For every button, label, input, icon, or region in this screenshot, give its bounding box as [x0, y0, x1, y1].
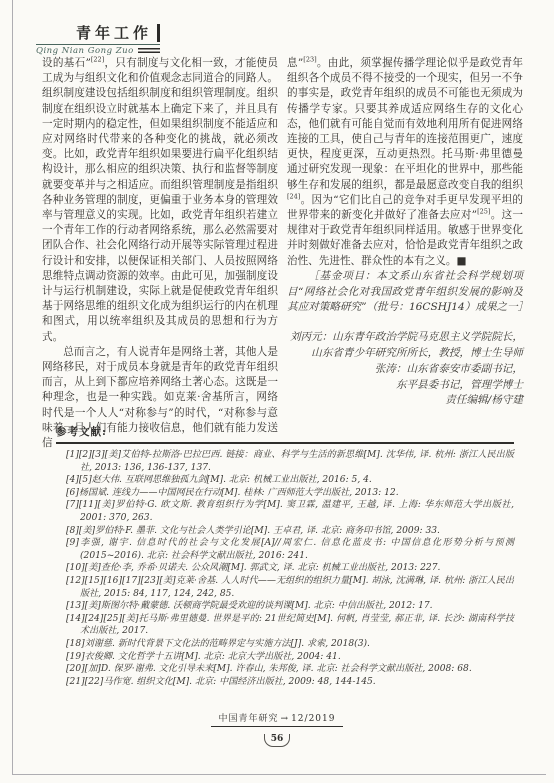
reference-item: [20][加]D. 保罗·谢弗. 文化引导未来[M]. 许春山, 朱邦俊, 译.… [56, 663, 514, 676]
issue-number: 12/2019 [291, 714, 335, 724]
scan-edge-left [12, 0, 13, 775]
journal-footer-line: 中国青年研究→12/2019 [211, 711, 344, 727]
reference-item: [4][5]赵大伟. 互联网思维独孤九剑[M]. 北京: 机械工业出版社, 20… [56, 474, 514, 487]
page-number: 56 [264, 734, 291, 747]
reference-item: [19]衣俊卿. 文化哲学十五讲[M]. 北京: 北京大学出版社, 2004: … [56, 651, 514, 664]
reference-item: [14][24][25][美]托马斯·弗里德曼. 世界是平的: 21世纪简史[M… [56, 613, 514, 638]
citation-mark-22: [22] [91, 55, 104, 63]
section-masthead: 青年工作 Qing Nian Gong Zuo [36, 24, 160, 56]
citation-mark-24: [24] [287, 192, 300, 200]
author-line: 东平县委书记，管理学博士 [287, 378, 523, 394]
reference-item: [1][2][3][美]艾伯特-拉斯洛·巴拉巴西. 链接：商业、科学与生活的新思… [56, 449, 514, 474]
reference-item: [18]刘谢慈. 新时代背景下文化法的范畴界定与实施方法[J]. 求索, 201… [56, 638, 514, 651]
references-section: 参考文献: [1][2][3][美]艾伯特-拉斯洛·巴拉巴西. 链接：商业、科学… [56, 424, 514, 688]
editor-line: 责任编辑/杨守建 [287, 393, 523, 409]
journal-name: 中国青年研究 [219, 714, 279, 724]
reference-item: [7][11][美]罗伯特·G. 欧文斯. 教育组织行为学[M]. 窦卫霖, 温… [56, 499, 514, 524]
author-line: 山东省青少年研究所所长，教授，博士生导师 [287, 346, 523, 362]
body-paragraph: 息”[23]。由此，须掌握传播学理论似乎是政党青年组织各个成员不得不接受的一个现… [287, 56, 523, 269]
reference-item: [12][15][16][17][23][美]克莱·舍基. 人人时代——无组织的… [56, 575, 514, 600]
arrow-icon: → [279, 714, 292, 724]
citation-mark-23: [23] [303, 55, 316, 63]
section-title: 青年工作 [36, 24, 160, 42]
reference-item: [6]杨国斌. 连线力——中国网民在行动[M]. 桂林: 广西师范大学出版社, … [56, 487, 514, 500]
references-list: [1][2][3][美]艾伯特-拉斯洛·巴拉巴西. 链接：商业、科学与生活的新思… [56, 449, 514, 688]
scan-edge-bottom [12, 774, 546, 775]
section-pinyin: Qing Nian Gong Zuo [36, 46, 134, 56]
body-text: ，只有制度与文化相一致，才能使员工成为与组织文化和价值观念志同道合的同路人。组织… [42, 57, 278, 343]
funding-note: ［基金项目：本文系山东省社会科学规划项目“网络社会化对我国政党青年组织发展的影响… [287, 269, 523, 316]
article-body: 设的基石”[22]，只有制度与文化相一致，才能使员工成为与组织文化和价值观念志同… [42, 56, 524, 451]
body-text: 息” [287, 57, 303, 69]
body-text: 。由此，须掌握传播学理论似乎是政党青年组织各个成员不得不接受的一个现实，但另一不… [287, 57, 523, 191]
author-info: 刘丙元：山东青年政治学院马克思主义学院院长， 山东省青少年研究所所长，教授，博士… [287, 330, 523, 409]
left-column: 设的基石”[22]，只有制度与文化相一致，才能使员工成为与组织文化和价值观念志同… [42, 56, 278, 451]
masthead-rule-bars [138, 48, 160, 55]
reference-item: [8][美]罗伯特·F. 墨菲. 文化与社会人类学引论[M]. 王卓君, 译. … [56, 525, 514, 538]
page-footer: 中国青年研究→12/2019 56 [0, 706, 554, 747]
reference-item: [10][美]查伦·李, 乔希·贝诺夫. 公众风潮[M]. 郭武文, 译. 北京… [56, 562, 514, 575]
page-number-wrap: 56 [0, 726, 554, 747]
section-subtitle: Qing Nian Gong Zuo [36, 44, 160, 56]
reference-item: [13][美]斯图尔特·戴蒙德. 沃顿商学院最受欢迎的谈判课[M]. 北京: 中… [56, 600, 514, 613]
right-column: 息”[23]。由此，须掌握传播学理论似乎是政党青年组织各个成员不得不接受的一个现… [287, 56, 523, 451]
references-heading: 参考文献: [56, 424, 514, 444]
body-text: 设的基石” [42, 57, 91, 69]
reference-item: [21][22]马作宽. 组织文化[M]. 北京: 中国经济出版社, 2009:… [56, 676, 514, 689]
body-paragraph: 设的基石”[22]，只有制度与文化相一致，才能使员工成为与组织文化和价值观念志同… [42, 56, 278, 345]
reference-item: [9]李强, 谢宇. 信息时代的社会与文化发展[A]//周宏仁. 信息化蓝皮书:… [56, 537, 514, 562]
author-line: 刘丙元：山东青年政治学院马克思主义学院院长， [287, 330, 523, 346]
author-line: 张涛：山东省泰安市委副书记， [287, 362, 523, 378]
citation-mark-25: [25] [477, 208, 490, 216]
